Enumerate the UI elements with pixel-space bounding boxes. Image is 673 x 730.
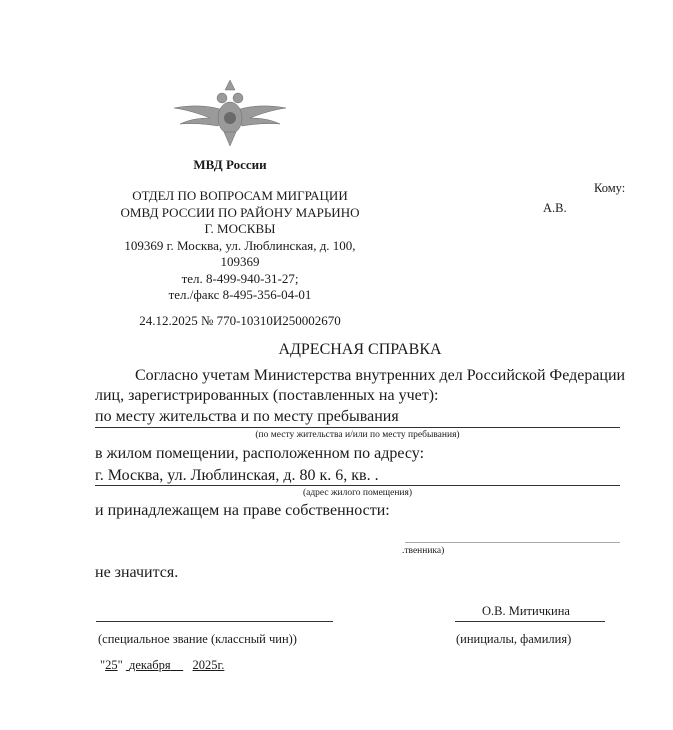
signatory-name: О.В. Митичкина [482,604,570,619]
date-year: 2025г. [193,658,225,672]
org-postcode: 109369 [100,254,380,271]
date-month-text: декабря [129,658,171,672]
address-value: г. Москва, ул. Люблинская, д. 80 к. 6, к… [95,467,379,485]
owner-underline [405,542,620,543]
org-phone: тел. 8-499-940-31-27; [100,271,380,288]
rank-hint: (специальное звание (классный чин)) [98,632,297,647]
document-title: АДРЕСНАЯ СПРАВКА [80,341,640,359]
registration-type-hint: (по месту жительства и/или по месту преб… [95,430,620,440]
recipient-name: А.В. [543,201,567,216]
intro-line-1: Согласно учетам Министерства внутренних … [135,367,625,385]
address-underline [95,485,620,486]
result-text: не значится. [95,564,178,582]
org-fax: тел./факс 8-495-356-04-01 [100,287,380,304]
intro-line-2: лиц, зарегистрированных (поставленных на… [95,387,439,405]
mvd-emblem-icon [170,78,290,148]
document-reference: 24.12.2025 № 770-10310И250002670 [100,313,380,329]
org-line: Г. МОСКВЫ [100,221,380,238]
rank-signature-line [96,621,333,622]
recipient-label: Кому: [594,181,625,196]
registration-type-underline [95,427,620,428]
name-hint: (инициалы, фамилия) [456,632,571,647]
owner-hint: .твенника) [402,546,444,556]
date-quote-close: " [118,658,123,672]
org-line: ОТДЕЛ ПО ВОПРОСАМ МИГРАЦИИ [100,188,380,205]
premises-label: в жилом помещении, расположенном по адре… [95,445,424,463]
registration-type: по месту жительства и по месту пребывани… [95,408,399,426]
org-address: 109369 г. Москва, ул. Люблинская, д. 100… [100,238,380,255]
date-month: декабря [126,658,183,672]
address-hint: (адрес жилого помещения) [95,488,620,498]
name-signature-line [455,621,605,622]
org-short-name: МВД России [150,157,310,173]
ownership-label: и принадлежащем на праве собственности: [95,502,390,520]
signature-date: "25" декабря 2025г. [100,658,224,673]
org-details: ОТДЕЛ ПО ВОПРОСАМ МИГРАЦИИ ОМВД РОССИИ П… [100,188,380,304]
date-day: 25 [105,658,118,672]
org-line: ОМВД РОССИИ ПО РАЙОНУ МАРЬИНО [100,205,380,222]
